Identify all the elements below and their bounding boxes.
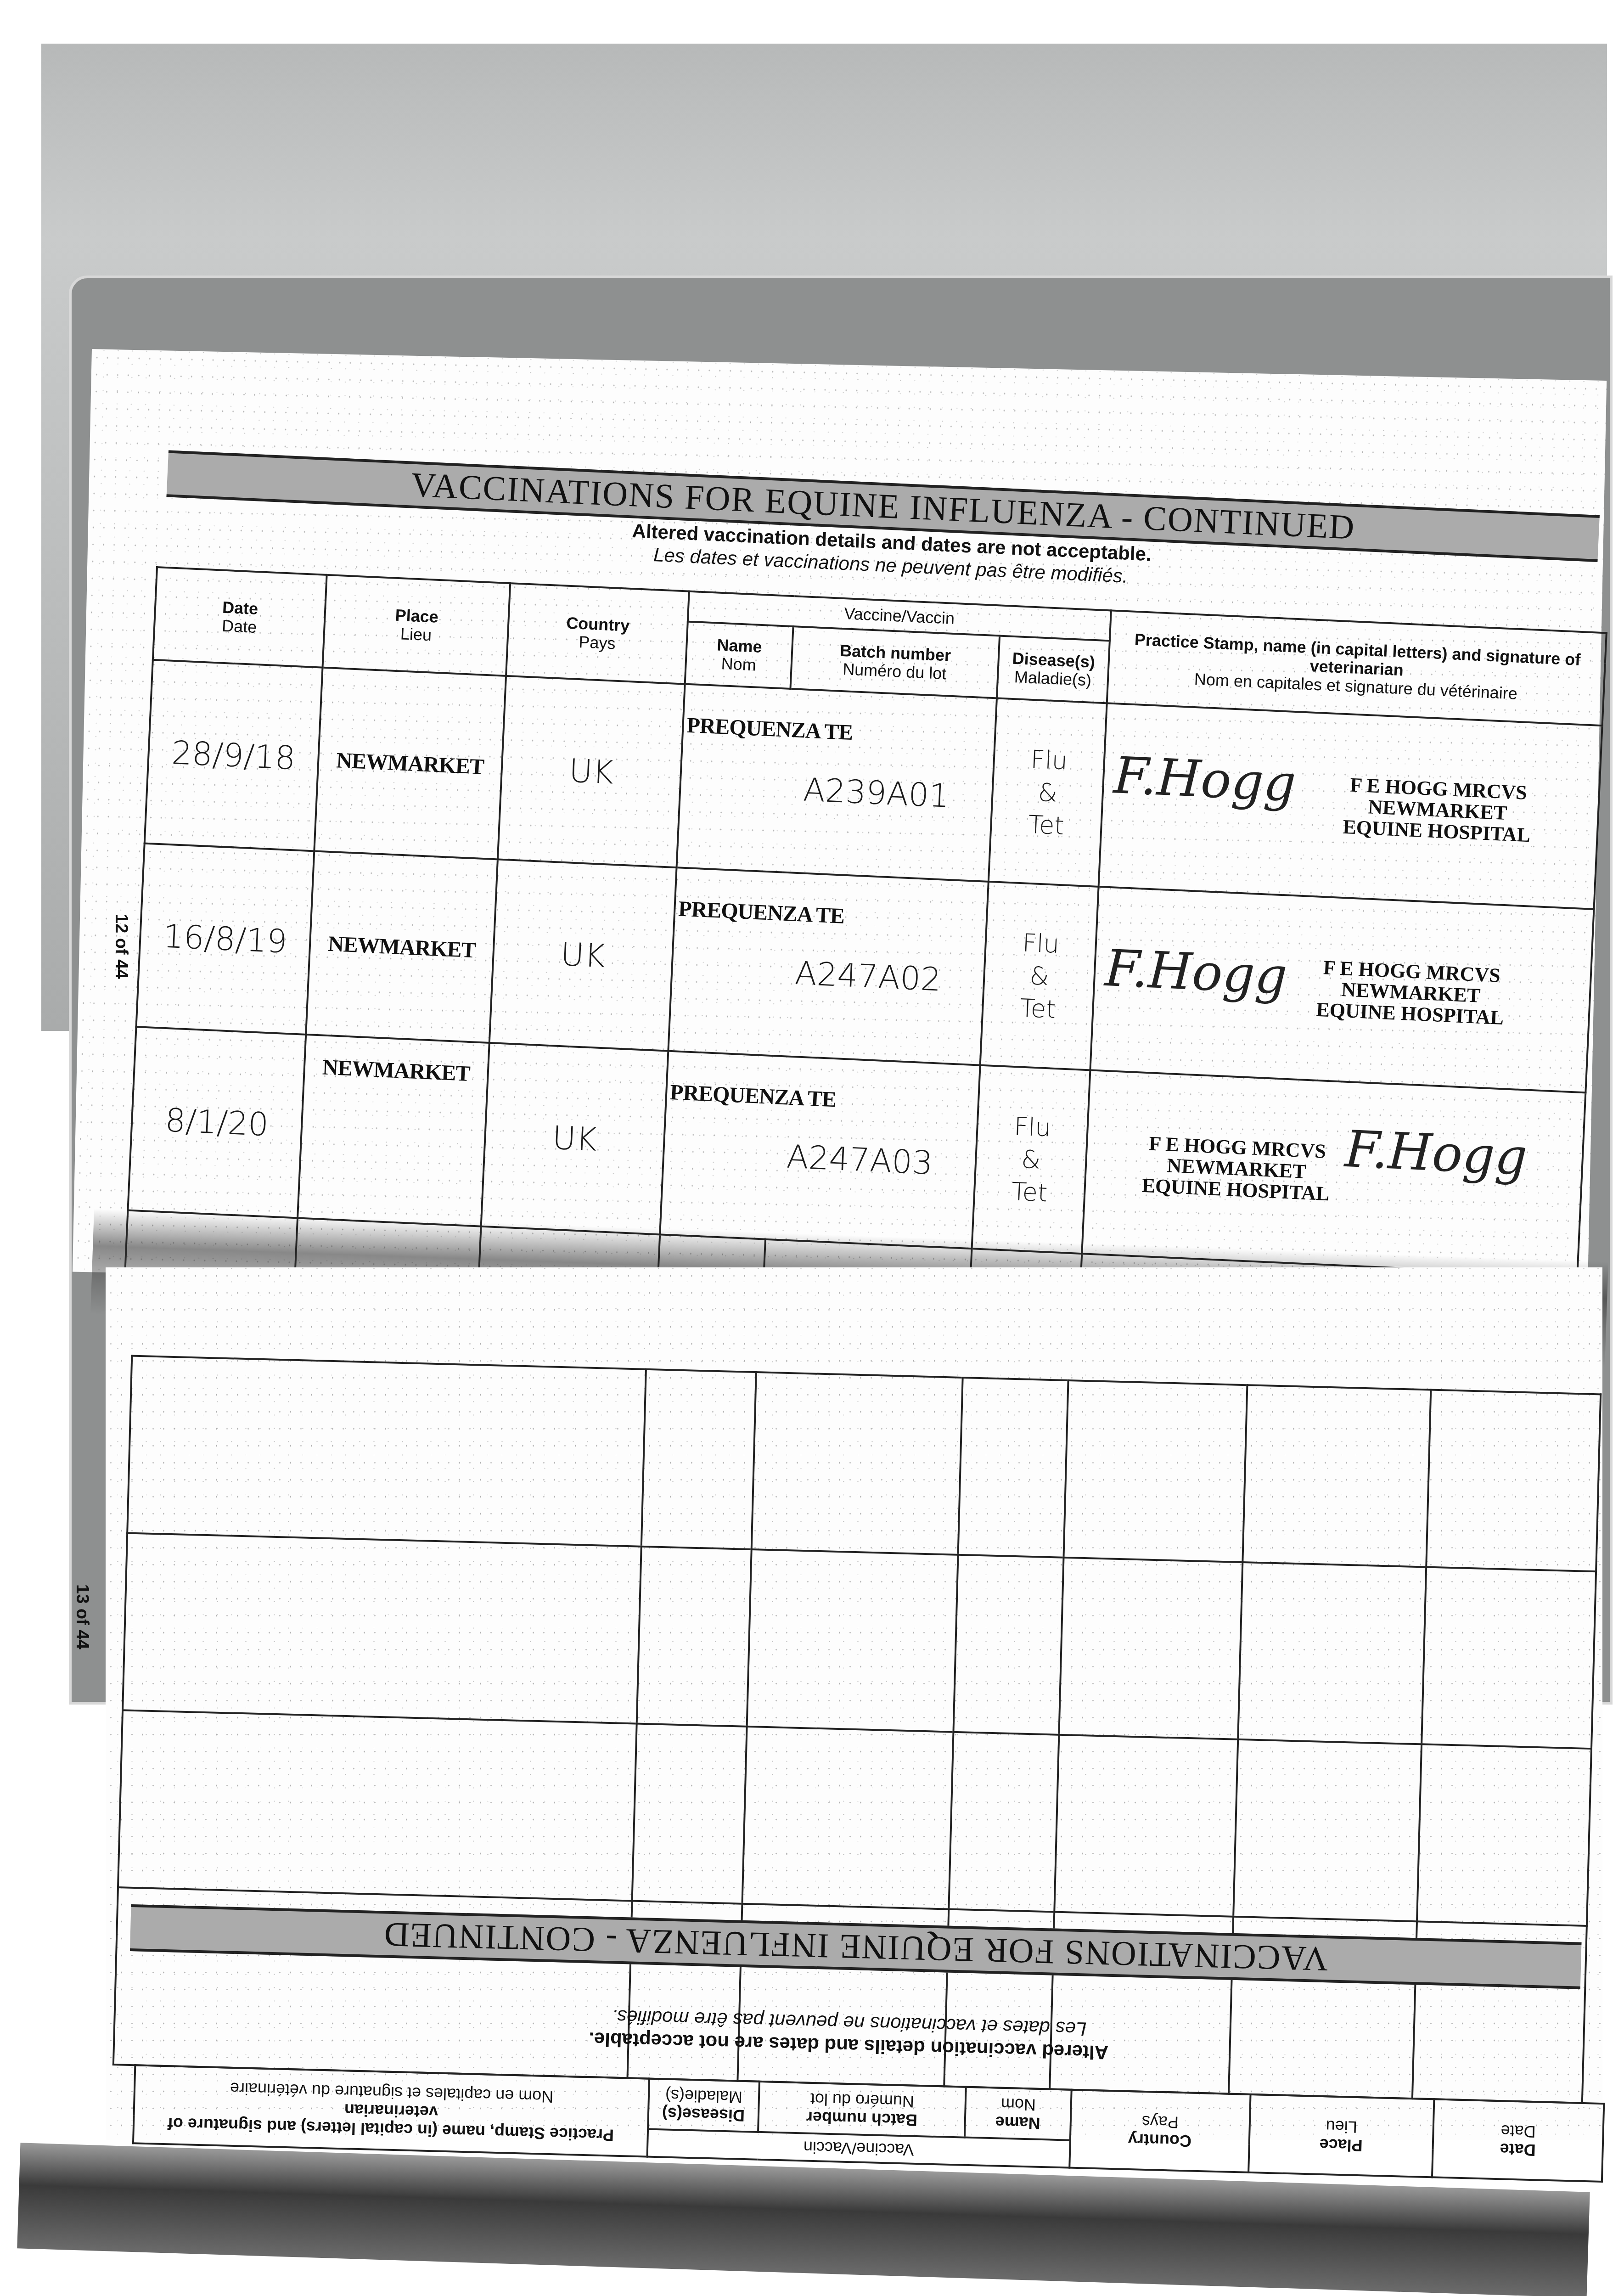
header-batch-number: Batch numberNuméro du lot <box>790 626 1000 698</box>
cell-date: 16/8/19 <box>136 844 315 1035</box>
header-place: PlaceLieu <box>322 575 510 676</box>
section-banner: VACCINATIONS FOR EQUINE INFLUENZA - CONT… <box>130 1904 1582 1989</box>
page-13-header-inverted: DateDate PlaceLieu CountryPays Vaccine/V… <box>88 1840 1611 2183</box>
page-12: VACCINATIONS FOR EQUINE INFLUENZA - CONT… <box>73 349 1607 1304</box>
vaccine-name: PREQUENZA TE <box>669 1080 837 1112</box>
cell-date: 8/1/20 <box>128 1027 306 1218</box>
cell-practice-stamp: F.Hogg F E HOGG MRCVS NEWMARKET EQUINE H… <box>1090 887 1594 1093</box>
header-disease: Disease(s)Maladie(s) <box>997 636 1110 703</box>
cell-vaccine: PREQUENZA TE A247A02 <box>668 867 988 1065</box>
batch-number: A247A02 <box>675 949 981 1000</box>
header-country: CountryPays <box>1069 2090 1250 2172</box>
practice-stamp: F E HOGG MRCVS NEWMARKET EQUINE HOSPITAL <box>1116 1131 1357 1205</box>
cell-place: NEWMARKET <box>298 1035 489 1227</box>
header-place: PlaceLieu <box>1248 2094 1434 2177</box>
cell-disease: Flu & Tet <box>980 882 1099 1070</box>
page-number-12: 12 of 44 <box>111 914 131 979</box>
veterinarian-signature: F.Hogg <box>1104 939 1289 1006</box>
vaccine-name: PREQUENZA TE <box>686 713 853 745</box>
cell-vaccine: PREQUENZA TE A239A01 <box>677 684 997 882</box>
header-date: DateDate <box>1432 2099 1604 2182</box>
header-date: DateDate <box>153 567 327 668</box>
header-disease: Disease(s)Maladie(s) <box>648 2079 759 2132</box>
veterinarian-signature: F.Hogg <box>1343 1120 1528 1187</box>
cell-disease: Flu & Tet <box>972 1065 1090 1254</box>
alteration-notice: Altered vaccination details and dates ar… <box>504 2002 1194 2066</box>
header-country: CountryPays <box>506 583 689 684</box>
batch-number: A239A01 <box>683 765 989 817</box>
header-practice-stamp: Practice Stamp, name (in capital letters… <box>133 2065 649 2156</box>
header-vaccine-name: NameNom <box>685 622 793 689</box>
veterinarian-signature: F.Hogg <box>1113 746 1298 813</box>
batch-number: A247A03 <box>667 1132 973 1184</box>
cell-place: NEWMARKET <box>306 851 498 1043</box>
cell-practice-stamp: F E HOGG MRCVS NEWMARKET EQUINE HOSPITAL… <box>1082 1070 1585 1276</box>
cell-country: UK <box>498 676 685 867</box>
cell-practice-stamp: F.Hogg F E HOGG MRCVS NEWMARKET EQUINE H… <box>1099 703 1602 909</box>
header-vaccine-name: NameNom <box>965 2087 1072 2140</box>
practice-stamp: F E HOGG MRCVS NEWMARKET EQUINE HOSPITAL <box>1279 771 1596 849</box>
vaccine-name: PREQUENZA TE <box>678 896 845 928</box>
header-batch-number: Batch numberNuméro du lot <box>758 2082 966 2138</box>
cell-date: 28/9/18 <box>145 660 323 851</box>
cell-country: UK <box>489 859 677 1051</box>
cell-place: NEWMARKET <box>314 668 506 860</box>
page-number-13: 13 of 44 <box>72 1584 92 1649</box>
cell-vaccine: PREQUENZA TE A247A03 <box>660 1051 980 1249</box>
cell-disease: Flu & Tet <box>989 698 1107 886</box>
cell-country: UK <box>481 1043 669 1234</box>
